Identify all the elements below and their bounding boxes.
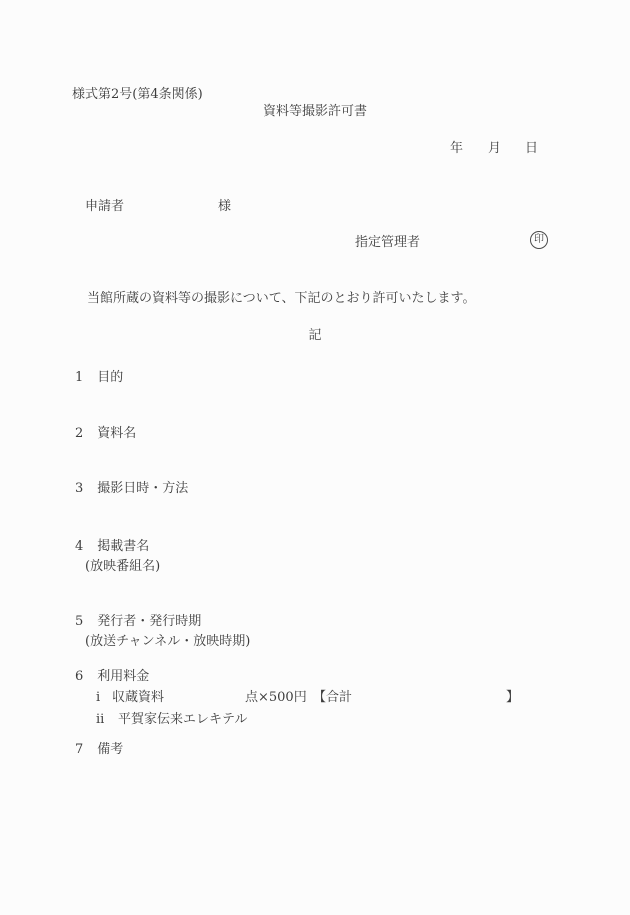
item-publication-title: 4掲載書名 bbox=[75, 539, 149, 555]
date-day-label: 日 bbox=[525, 141, 538, 156]
fee-label: 平賀家伝来エレキテル bbox=[118, 712, 247, 728]
fee-index: ii bbox=[96, 712, 104, 728]
item-label: 目的 bbox=[97, 370, 123, 385]
seal-char: 印 bbox=[534, 235, 544, 245]
fee-line-erekiteru: ii 平賀家伝来エレキテル bbox=[0, 712, 630, 728]
item-number: 4 bbox=[75, 539, 83, 554]
item-number: 2 bbox=[75, 426, 83, 441]
date-year-label: 年 bbox=[450, 141, 463, 156]
date-line: 年月日 bbox=[450, 141, 538, 157]
applicant-label: 申請者 bbox=[85, 199, 124, 214]
fee-total-open-bracket: 【合計 bbox=[313, 690, 352, 706]
item-material-name: 2資料名 bbox=[75, 426, 136, 442]
item-usage-fee: 6利用料金 bbox=[75, 669, 149, 685]
document-title: 資料等撮影許可書 bbox=[0, 104, 630, 120]
applicant-line: 申請者様 bbox=[85, 199, 231, 215]
item-number: 1 bbox=[75, 370, 83, 385]
record-marker: 記 bbox=[0, 328, 630, 344]
item-publication-title-sub: (放映番組名) bbox=[85, 559, 160, 575]
item-label: 撮影日時・方法 bbox=[97, 481, 188, 496]
item-number: 7 bbox=[75, 742, 83, 757]
permission-form-page: 様式第2号(第4条関係) 資料等撮影許可書 年月日 申請者様 指定管理者 印 当… bbox=[0, 0, 630, 915]
fee-unit-price: 点×500円 bbox=[245, 690, 307, 706]
fee-index: i bbox=[96, 690, 100, 706]
fee-label: 収蔵資料 bbox=[112, 690, 164, 706]
manager-label: 指定管理者 bbox=[355, 235, 420, 251]
date-month-label: 月 bbox=[488, 141, 501, 156]
applicant-honorific: 様 bbox=[218, 199, 231, 214]
item-purpose: 1目的 bbox=[75, 370, 123, 386]
item-shooting-datetime-method: 3撮影日時・方法 bbox=[75, 481, 188, 497]
fee-line-collection: i 収蔵資料 点×500円 【合計 】 bbox=[0, 690, 630, 706]
permission-statement: 当館所蔵の資料等の撮影について、下記のとおり許可いたします。 bbox=[87, 291, 475, 307]
item-number: 6 bbox=[75, 669, 83, 684]
item-label: 掲載書名 bbox=[97, 539, 149, 554]
item-publisher-period-sub: (放送チャンネル・放映時期) bbox=[85, 634, 250, 650]
item-label: 利用料金 bbox=[97, 669, 149, 684]
item-remarks: 7備考 bbox=[75, 742, 123, 758]
item-label: 発行者・発行時期 bbox=[97, 614, 201, 629]
item-label: 備考 bbox=[97, 742, 123, 757]
item-label: 資料名 bbox=[97, 426, 136, 441]
seal-icon: 印 bbox=[530, 231, 548, 249]
item-number: 3 bbox=[75, 481, 83, 496]
item-number: 5 bbox=[75, 614, 83, 629]
fee-total-close-bracket: 】 bbox=[506, 690, 519, 706]
item-publisher-period: 5発行者・発行時期 bbox=[75, 614, 201, 630]
form-number: 様式第2号(第4条関係) bbox=[72, 87, 203, 103]
